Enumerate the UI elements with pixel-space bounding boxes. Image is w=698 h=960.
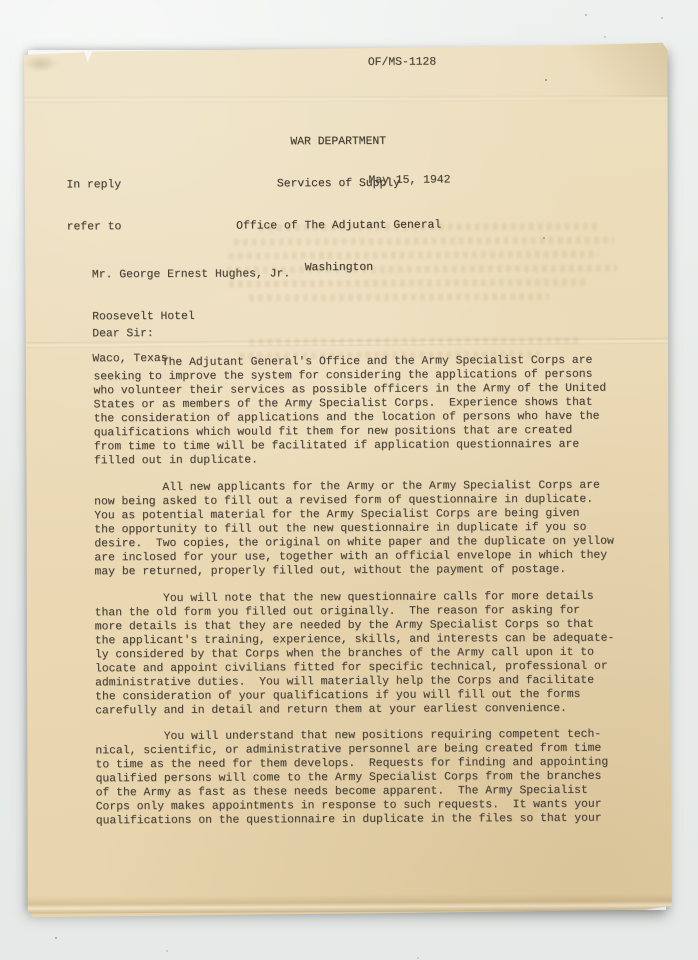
body-paragraph: You will understand that new positions r… bbox=[95, 728, 608, 829]
corner-stain bbox=[24, 56, 58, 72]
corner-fold-shade bbox=[538, 42, 668, 98]
bottom-fold-shadow bbox=[26, 893, 672, 913]
fold-crease bbox=[22, 95, 668, 103]
body-paragraph: The Adjutant General's Office and the Ar… bbox=[93, 354, 606, 469]
dust-specks bbox=[0, 0, 2, 2]
file-number: OF/MS-1128 bbox=[368, 56, 436, 70]
reference-note-line: In reply bbox=[66, 178, 121, 192]
scan-background: OF/MS-1128 WAR DEPARTMENT Services of Su… bbox=[0, 0, 698, 960]
reference-note-line: refer to bbox=[67, 220, 122, 234]
letter-page: OF/MS-1128 WAR DEPARTMENT Services of Su… bbox=[22, 42, 673, 917]
recipient-hotel: Roosevelt Hotel bbox=[92, 309, 290, 324]
date-line: May 15, 1942 bbox=[368, 173, 450, 187]
body-paragraph: You will note that the new questionnaire… bbox=[95, 590, 615, 719]
letterhead-department: WAR DEPARTMENT bbox=[15, 133, 661, 150]
salutation: Dear Sir: bbox=[92, 327, 154, 341]
bleed-through-text bbox=[22, 42, 668, 45]
body-paragraph: All new applicants for the Army or the A… bbox=[94, 479, 614, 580]
recipient-name: Mr. George Ernest Hughes, Jr. bbox=[92, 267, 290, 282]
